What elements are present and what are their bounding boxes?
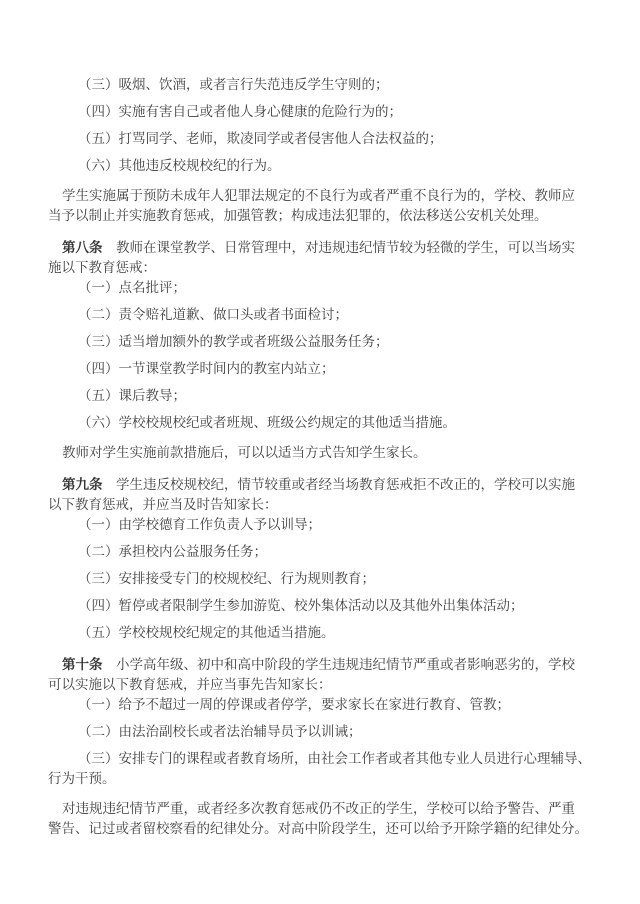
line-text: 对违规违纪情节严重，或者经多次教育惩戒仍不改正的学生，学校可以给予警告、严重 [62,801,575,816]
article-heading-line: 第八条 教师在课堂教学、日常管理中，对违规违纪情节较为轻微的学生，可以当场实 [48,238,610,258]
line-text: 施以下教育惩戒： [48,260,156,275]
line-text: （三）安排专门的课程或者教育场所，由社会工作者或者其他专业人员进行心理辅导、 [78,751,591,766]
text-line: 以下教育惩戒，并应当及时告知家长： [48,495,610,515]
line-text: （二）责令赔礼道歉、做口头或者书面检讨； [78,307,348,322]
text-line: 可以实施以下教育惩戒，并应当事先告知家长： [48,675,610,695]
document-page: （三）吸烟、饮酒，或者言行失范违反学生守则的；（四）实施有害自己或者他人身心健康… [0,0,640,904]
line-text: 以下教育惩戒，并应当及时告知家长： [48,497,278,512]
line-text: （一）给予不超过一周的停课或者停学，要求家长在家进行教育、管教； [78,697,510,712]
text-line: 行为干预。 [48,769,610,789]
line-text: （一）由学校德育工作负责人予以训导； [78,517,321,532]
line-text: （三）安排接受专门的校规校纪、行为规则教育； [78,571,375,586]
text-line: （六）学校校规校纪或者班规、班级公约规定的其他适当措施。 [48,413,610,433]
line-text: （四）一节课堂教学时间内的教室内站立； [78,361,335,376]
text-line: （五）课后教导； [48,386,610,406]
text-line: （三）安排专门的课程或者教育场所，由社会工作者或者其他专业人员进行心理辅导、 [48,749,610,769]
text-line: （三）吸烟、饮酒，或者言行失范违反学生守则的； [48,75,610,95]
text-line: （一）给予不超过一周的停课或者停学，要求家长在家进行教育、管教； [48,695,610,715]
article-number: 第十条 [62,657,103,672]
line-text: （五）课后教导； [78,388,186,403]
text-line: （二）承担校内公益服务任务； [48,542,610,562]
text-line: （一）由学校德育工作负责人予以训导； [48,515,610,535]
line-text: （三）吸烟、饮酒，或者言行失范违反学生守则的； [78,77,389,92]
line-text: （四）暂停或者限制学生参加游览、校外集体活动以及其他外出集体活动； [78,598,524,613]
text-line: （一）点名批评； [48,278,610,298]
line-text: （二）承担校内公益服务任务； [78,544,267,559]
line-text: 警告、记过或者留校察看的纪律处分。对高中阶段学生，还可以给予开除学籍的纪律处分。 [48,821,588,836]
line-text: （三）适当增加额外的教学或者班级公益服务任务； [78,334,389,349]
line-text: 教师在课堂教学、日常管理中，对违规违纪情节较为轻微的学生，可以当场实 [103,240,576,255]
article-number: 第九条 [62,477,103,492]
line-text: （二）由法治副校长或者法治辅导员予以训诫； [78,724,362,739]
line-text: （四）实施有害自己或者他人身心健康的危险行为的； [78,104,402,119]
text-line: 施以下教育惩戒： [48,258,610,278]
line-text: （六）其他违反校规校纪的行为。 [78,158,281,173]
text-line: 当予以制止并实施教育惩戒，加强管教；构成违法犯罪的，依法移送公安机关处理。 [48,206,610,226]
line-text: （六）学校校规校纪或者班规、班级公约规定的其他适当措施。 [78,415,456,430]
line-text: （五）打骂同学、老师，欺凌同学或者侵害他人合法权益的； [78,131,443,146]
line-text: （五）学校校规校纪规定的其他适当措施。 [78,625,335,640]
line-text: 小学高年级、初中和高中阶段的学生违规违纪情节严重或者影响恶劣的，学校 [103,657,576,672]
article-heading-line: 第九条 学生违反校规校纪，情节较重或者经当场教育惩戒拒不改正的，学校可以实施 [48,475,610,495]
line-text: （一）点名批评； [78,280,186,295]
text-line: （二）由法治副校长或者法治辅导员予以训诫； [48,722,610,742]
line-text: 学生实施属于预防未成年人犯罪法规定的不良行为或者严重不良行为的，学校、教师应 [62,188,575,203]
line-text: 学生违反校规校纪，情节较重或者经当场教育惩戒拒不改正的，学校可以实施 [103,477,576,492]
text-line: （五）学校校规校纪规定的其他适当措施。 [48,623,610,643]
text-line: 教师对学生实施前款措施后，可以以适当方式告知学生家长。 [48,443,610,463]
text-line: （五）打骂同学、老师，欺凌同学或者侵害他人合法权益的； [48,129,610,149]
article-heading-line: 第十条 小学高年级、初中和高中阶段的学生违规违纪情节严重或者影响恶劣的，学校 [48,655,610,675]
text-line: （四）一节课堂教学时间内的教室内站立； [48,359,610,379]
text-line: （四）暂停或者限制学生参加游览、校外集体活动以及其他外出集体活动； [48,596,610,616]
text-line: （三）适当增加额外的教学或者班级公益服务任务； [48,332,610,352]
text-line: 警告、记过或者留校察看的纪律处分。对高中阶段学生，还可以给予开除学籍的纪律处分。 [48,819,610,839]
line-text: 行为干预。 [48,771,116,786]
text-line: （四）实施有害自己或者他人身心健康的危险行为的； [48,102,610,122]
text-line: （二）责令赔礼道歉、做口头或者书面检讨； [48,305,610,325]
line-text: 教师对学生实施前款措施后，可以以适当方式告知学生家长。 [62,445,427,460]
article-number: 第八条 [62,240,103,255]
line-text: 可以实施以下教育惩戒，并应当事先告知家长： [48,677,332,692]
text-line: 对违规违纪情节严重，或者经多次教育惩戒仍不改正的学生，学校可以给予警告、严重 [48,799,610,819]
line-text: 当予以制止并实施教育惩戒，加强管教；构成违法犯罪的，依法移送公安机关处理。 [48,208,548,223]
text-line: （六）其他违反校规校纪的行为。 [48,156,610,176]
text-line: （三）安排接受专门的校规校纪、行为规则教育； [48,569,610,589]
text-line: 学生实施属于预防未成年人犯罪法规定的不良行为或者严重不良行为的，学校、教师应 [48,186,610,206]
